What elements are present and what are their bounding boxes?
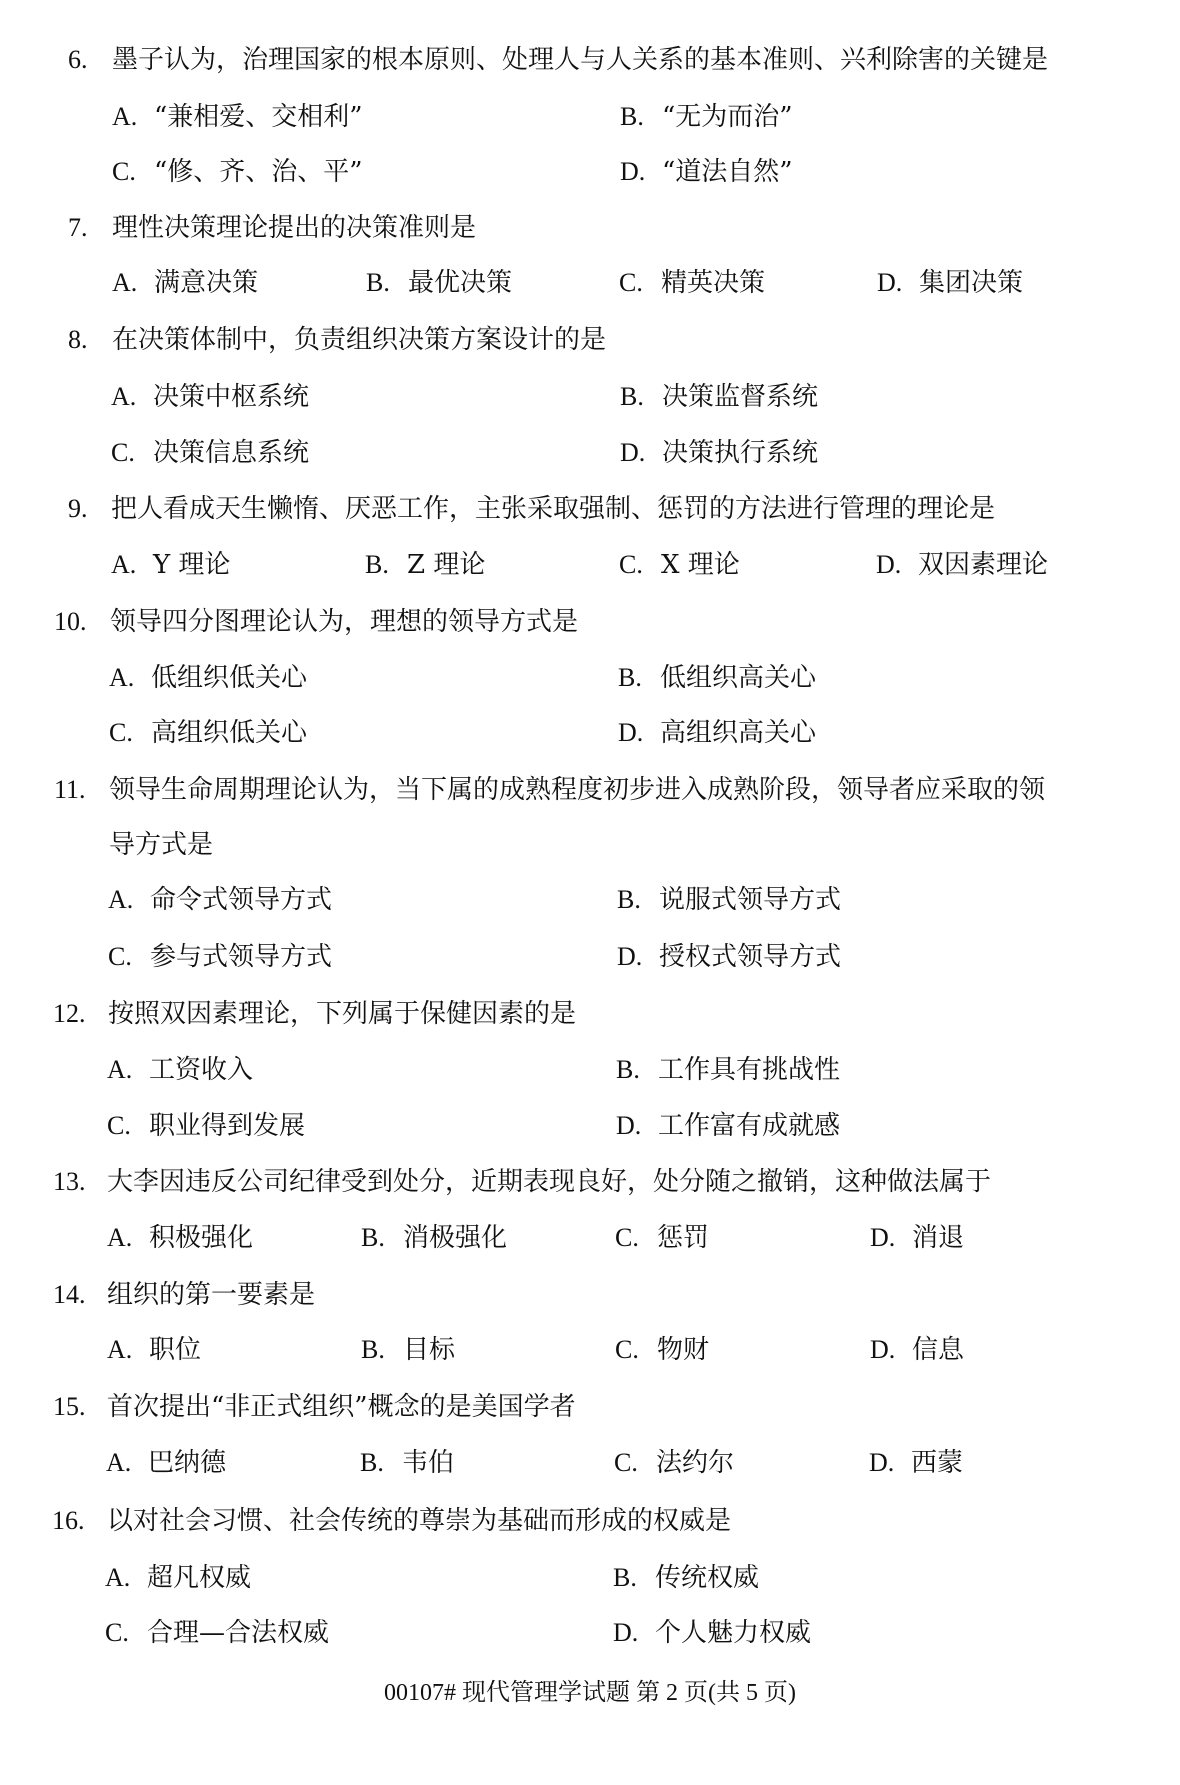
option-b: B.消极强化 — [361, 1220, 507, 1256]
option-text: 最优决策 — [408, 268, 512, 298]
option-text: 命令式领导方式 — [150, 885, 332, 915]
question-number: 8. — [68, 322, 88, 358]
option-b: B.目标 — [361, 1332, 455, 1368]
option-letter: A. — [108, 882, 150, 918]
option-text: 高组织低关心 — [151, 718, 307, 748]
option-a: A.低组织低关心 — [109, 660, 307, 696]
option-text: X 理论 — [661, 550, 740, 580]
question-stem: 组织的第一要素是 — [107, 1277, 315, 1313]
question-number: 16. — [52, 1503, 85, 1539]
option-a: A.Y 理论 — [111, 547, 230, 583]
question-stem: 理性决策理论提出的决策准则是 — [112, 210, 476, 246]
option-text: 职位 — [149, 1335, 201, 1365]
question-stem: 按照双因素理论，下列属于保健因素的是 — [108, 996, 576, 1032]
option-letter: D. — [869, 1445, 911, 1481]
option-text: 工作具有挑战性 — [658, 1055, 840, 1085]
question-number: 13. — [53, 1164, 86, 1200]
option-letter: B. — [360, 1445, 402, 1481]
option-a: A.决策中枢系统 — [111, 379, 309, 415]
option-a: A.超凡权威 — [105, 1560, 251, 1596]
option-text: 消极强化 — [403, 1223, 507, 1253]
question-number: 6. — [68, 42, 88, 78]
option-letter: A. — [109, 660, 151, 696]
option-letter: B. — [613, 1560, 655, 1596]
option-a: A.工资收入 — [107, 1052, 253, 1088]
option-letter: A. — [112, 99, 154, 135]
option-d: D.高组织高关心 — [618, 715, 816, 751]
option-text: 个人魅力权威 — [655, 1618, 811, 1648]
option-text: 工作富有成就感 — [658, 1111, 840, 1141]
option-d: D.个人魅力权威 — [613, 1615, 811, 1651]
question-stem: 领导四分图理论认为，理想的领导方式是 — [110, 604, 578, 640]
page-footer: 00107# 现代管理学试题 第 2 页(共 5 页) — [0, 1676, 1180, 1710]
option-text: 集团决策 — [919, 268, 1023, 298]
option-letter: D. — [870, 1220, 912, 1256]
option-letter: C. — [619, 547, 661, 583]
option-text: 韦伯 — [402, 1448, 454, 1478]
option-letter: A. — [107, 1052, 149, 1088]
option-c: C.精英决策 — [619, 265, 765, 301]
option-b: B.Z 理论 — [365, 547, 485, 583]
option-text: 决策信息系统 — [153, 438, 309, 468]
option-b: B.决策监督系统 — [620, 379, 818, 415]
option-letter: A. — [107, 1332, 149, 1368]
option-letter: A. — [112, 265, 154, 301]
option-c: C.高组织低关心 — [109, 715, 307, 751]
option-text: 消退 — [912, 1223, 964, 1253]
option-text: 巴纳德 — [148, 1448, 226, 1478]
question-number: 15. — [53, 1389, 86, 1425]
option-b: B.“无为而治” — [620, 99, 793, 135]
option-letter: B. — [620, 99, 662, 135]
option-d: D.“道法自然” — [620, 154, 793, 190]
option-letter: B. — [365, 547, 407, 583]
question-number: 12. — [53, 996, 86, 1032]
option-letter: D. — [620, 435, 662, 471]
option-text: 职业得到发展 — [149, 1111, 305, 1141]
question-stem: 首次提出“非正式组织”概念的是美国学者 — [107, 1389, 576, 1425]
option-b: B.工作具有挑战性 — [616, 1052, 840, 1088]
option-d: D.双因素理论 — [876, 547, 1048, 583]
option-b: B.韦伯 — [360, 1445, 454, 1481]
option-letter: D. — [616, 1108, 658, 1144]
option-text: 目标 — [403, 1335, 455, 1365]
option-text: 超凡权威 — [147, 1563, 251, 1593]
option-text: “兼相爱、交相利” — [154, 102, 363, 132]
option-a: A.“兼相爱、交相利” — [112, 99, 363, 135]
option-c: C.惩罚 — [615, 1220, 709, 1256]
option-b: B.传统权威 — [613, 1560, 759, 1596]
option-letter: D. — [613, 1615, 655, 1651]
question-stem: 把人看成天生懒惰、厌恶工作，主张采取强制、惩罚的方法进行管理的理论是 — [111, 491, 995, 527]
option-d: D.决策执行系统 — [620, 435, 818, 471]
question-number: 14. — [53, 1277, 86, 1313]
option-text: Y 理论 — [153, 550, 230, 580]
option-d: D.授权式领导方式 — [617, 939, 841, 975]
option-text: 说服式领导方式 — [659, 885, 841, 915]
option-text: 双因素理论 — [918, 550, 1048, 580]
option-text: 决策监督系统 — [662, 382, 818, 412]
option-letter: C. — [112, 154, 154, 190]
option-text: 惩罚 — [657, 1223, 709, 1253]
option-text: 积极强化 — [149, 1223, 253, 1253]
option-letter: C. — [615, 1332, 657, 1368]
option-text: 传统权威 — [655, 1563, 759, 1593]
option-letter: D. — [620, 154, 662, 190]
option-text: 决策执行系统 — [662, 438, 818, 468]
option-text: Z 理论 — [407, 550, 485, 580]
option-c: C.参与式领导方式 — [108, 939, 332, 975]
option-c: C.X 理论 — [619, 547, 740, 583]
option-letter: A. — [111, 379, 153, 415]
option-letter: D. — [877, 265, 919, 301]
option-d: D.消退 — [870, 1220, 964, 1256]
option-letter: C. — [109, 715, 151, 751]
option-letter: B. — [361, 1220, 403, 1256]
option-text: “无为而治” — [662, 102, 793, 132]
option-text: 物财 — [657, 1335, 709, 1365]
question-stem: 在决策体制中，负责组织决策方案设计的是 — [112, 322, 606, 358]
option-text: 高组织高关心 — [660, 718, 816, 748]
option-letter: A. — [106, 1445, 148, 1481]
option-letter: A. — [107, 1220, 149, 1256]
option-letter: C. — [615, 1220, 657, 1256]
option-text: 法约尔 — [656, 1448, 734, 1478]
question-number: 11. — [54, 772, 86, 808]
option-d: D.工作富有成就感 — [616, 1108, 840, 1144]
option-letter: D. — [618, 715, 660, 751]
option-text: 决策中枢系统 — [153, 382, 309, 412]
option-b: B.最优决策 — [366, 265, 512, 301]
option-text: 低组织高关心 — [660, 663, 816, 693]
option-b: B.说服式领导方式 — [617, 882, 841, 918]
option-letter: C. — [107, 1108, 149, 1144]
option-letter: B. — [366, 265, 408, 301]
option-letter: C. — [111, 435, 153, 471]
option-c: C.职业得到发展 — [107, 1108, 305, 1144]
option-c: C.“修、齐、治、平” — [112, 154, 363, 190]
question-number: 7. — [68, 210, 88, 246]
option-a: A.巴纳德 — [106, 1445, 226, 1481]
option-text: 工资收入 — [149, 1055, 253, 1085]
option-text: 信息 — [912, 1335, 964, 1365]
option-letter: B. — [618, 660, 660, 696]
option-d: D.西蒙 — [869, 1445, 963, 1481]
option-text: “道法自然” — [662, 157, 793, 187]
option-letter: C. — [614, 1445, 656, 1481]
option-letter: D. — [876, 547, 918, 583]
option-text: “修、齐、治、平” — [154, 157, 363, 187]
option-text: 精英决策 — [661, 268, 765, 298]
question-stem: 领导生命周期理论认为，当下属的成熟程度初步进入成熟阶段，领导者应采取的领 — [109, 772, 1045, 808]
question-stem: 大李因违反公司纪律受到处分，近期表现良好，处分随之撤销，这种做法属于 — [107, 1164, 991, 1200]
option-b: B.低组织高关心 — [618, 660, 816, 696]
question-number: 10. — [54, 604, 87, 640]
option-letter: B. — [616, 1052, 658, 1088]
option-text: 满意决策 — [154, 268, 258, 298]
option-letter: B. — [617, 882, 659, 918]
option-text: 授权式领导方式 — [659, 942, 841, 972]
option-letter: A. — [111, 547, 153, 583]
option-text: 合理—合法权威 — [147, 1618, 329, 1648]
option-letter: C. — [105, 1615, 147, 1651]
option-c: C.物财 — [615, 1332, 709, 1368]
option-letter: C. — [619, 265, 661, 301]
option-d: D.集团决策 — [877, 265, 1023, 301]
option-d: D.信息 — [870, 1332, 964, 1368]
option-letter: B. — [361, 1332, 403, 1368]
question-stem: 墨子认为，治理国家的根本原则、处理人与人关系的基本准则、兴利除害的关键是 — [112, 42, 1048, 78]
option-c: C.合理—合法权威 — [105, 1615, 329, 1651]
option-letter: D. — [617, 939, 659, 975]
option-c: C.决策信息系统 — [111, 435, 309, 471]
option-letter: C. — [108, 939, 150, 975]
option-text: 低组织低关心 — [151, 663, 307, 693]
option-c: C.法约尔 — [614, 1445, 734, 1481]
question-stem: 以对社会习惯、社会传统的尊崇为基础而形成的权威是 — [107, 1503, 731, 1539]
option-a: A.职位 — [107, 1332, 201, 1368]
option-a: A.积极强化 — [107, 1220, 253, 1256]
option-letter: D. — [870, 1332, 912, 1368]
option-a: A.满意决策 — [112, 265, 258, 301]
question-number: 9. — [68, 491, 88, 527]
option-text: 参与式领导方式 — [150, 942, 332, 972]
option-letter: A. — [105, 1560, 147, 1596]
question-stem-continued: 导方式是 — [109, 827, 213, 863]
option-a: A.命令式领导方式 — [108, 882, 332, 918]
option-letter: B. — [620, 379, 662, 415]
option-text: 西蒙 — [911, 1448, 963, 1478]
